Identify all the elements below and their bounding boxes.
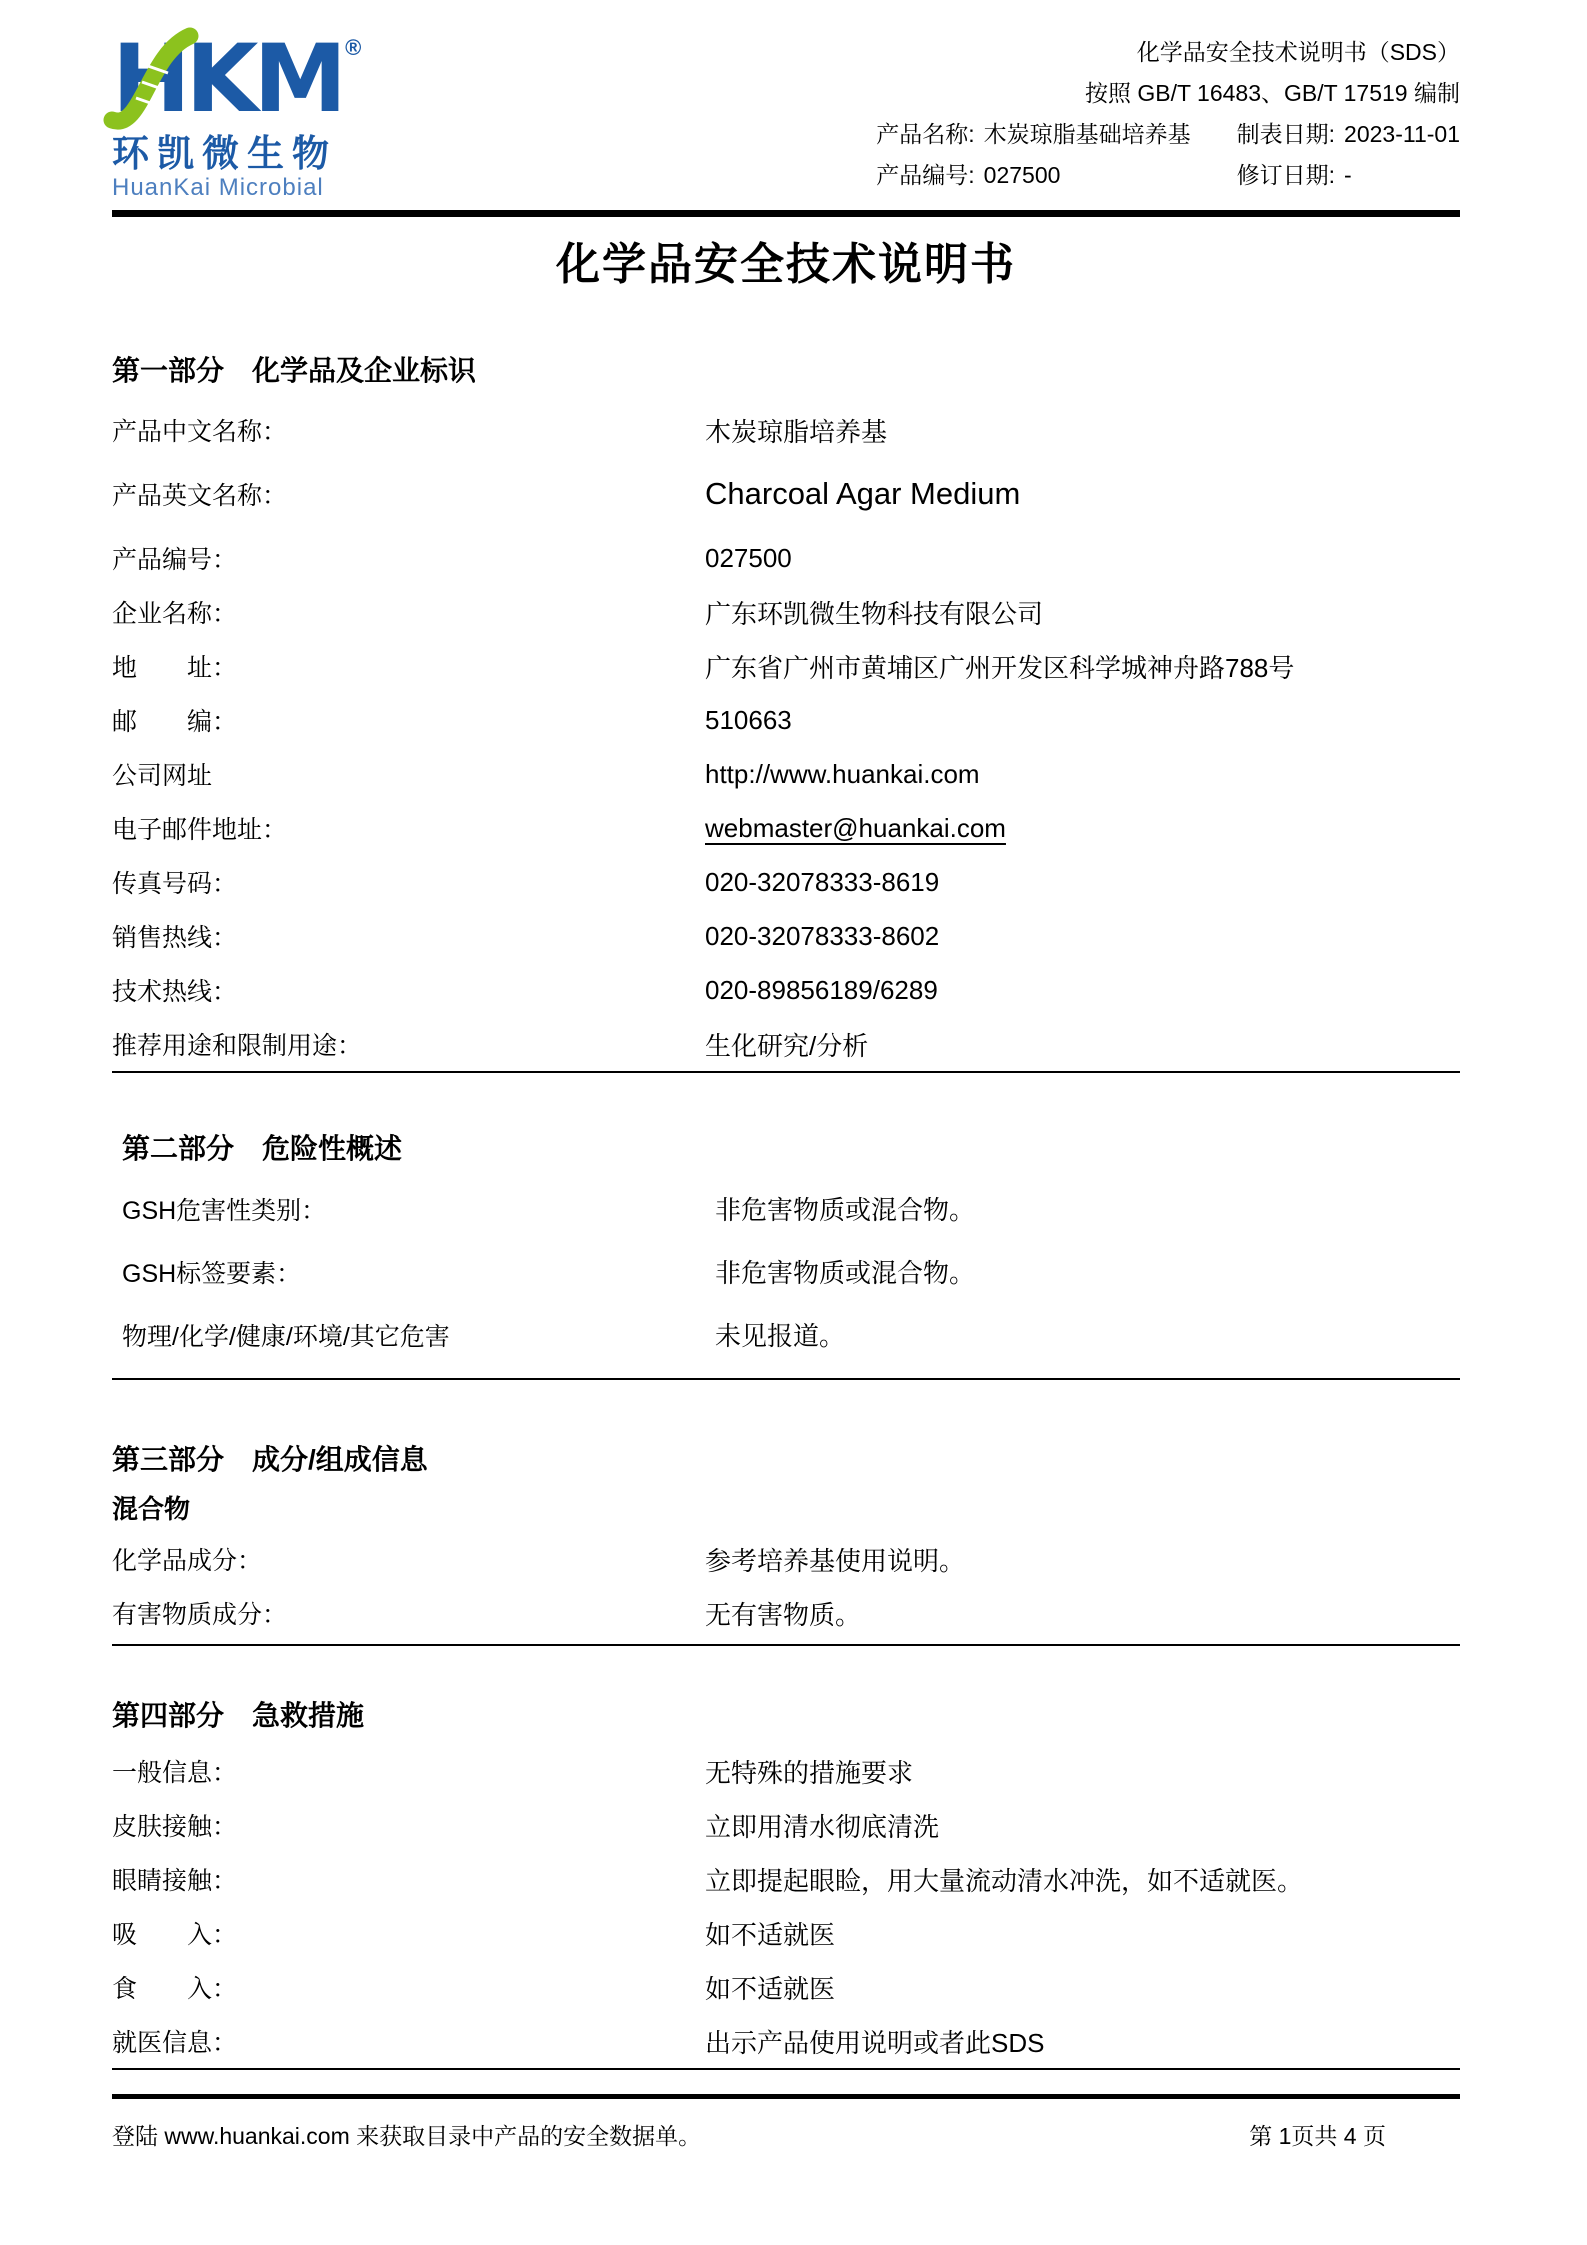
website-url: http://www.huankai.com [705, 759, 1460, 790]
section-2-heading: 第二部分 危险性概述 [112, 1131, 1460, 1167]
dna-swoosh-icon [102, 24, 214, 130]
section-hazard-overview: 第二部分 危险性概述 GSH危害性类别： 非危害物质或混合物。 GSH标签要素：… [112, 1131, 1460, 1380]
row-tech-hotline: 技术热线： 020-89856189/6289 [112, 963, 1460, 1017]
footer-text: 登陆 www.huankai.com 来获取目录中产品的安全数据单。 第 1页共… [112, 2121, 1460, 2151]
section-first-aid: 第四部分 急救措施 一般信息： 无特殊的措施要求 皮肤接触： 立即用清水彻底清洗… [112, 1698, 1460, 2070]
field-value: 无有害物质。 [705, 1595, 1460, 1632]
product-code-value: 027500 [984, 162, 1061, 188]
section-1-divider [112, 1071, 1460, 1073]
section-chemical-company-identification: 第一部分 化学品及企业标识 产品中文名称： 木炭琼脂培养基 产品英文名称： Ch… [112, 353, 1460, 1073]
field-label: 传真号码： [112, 864, 705, 900]
standard-line: 按照 GB/T 16483、GB/T 17519 编制 [876, 73, 1460, 114]
section-2-rows: GSH危害性类别： 非危害物质或混合物。 GSH标签要素： 非危害物质或混合物。… [112, 1177, 1460, 1366]
field-label: 有害物质成分： [112, 1595, 705, 1631]
row-skin-contact: 皮肤接触： 立即用清水彻底清洗 [112, 1798, 1460, 1852]
field-label: 产品英文名称： [112, 476, 705, 512]
row-medical-info: 就医信息： 出示产品使用说明或者此SDS [112, 2014, 1460, 2068]
section-1-heading: 第一部分 化学品及企业标识 [112, 353, 1460, 389]
row-chemical-components: 化学品成分： 参考培养基使用说明。 [112, 1532, 1460, 1586]
row-address: 地 址： 广东省广州市黄埔区广州开发区科学城神舟路788号 [112, 639, 1460, 693]
row-ghs-label-elements: GSH标签要素： 非危害物质或混合物。 [112, 1240, 1460, 1303]
field-label: 物理/化学/健康/环境/其它危害 [122, 1317, 705, 1353]
field-value: 未见报道。 [715, 1316, 1460, 1353]
tabulation-date-value: 2023-11-01 [1344, 121, 1460, 147]
company-logo: HKM® 环凯微生物 HuanKai Microbial [112, 28, 361, 200]
field-label: 化学品成分： [112, 1541, 705, 1577]
field-label: 就医信息： [112, 2023, 705, 2059]
doc-type-line: 化学品安全技术说明书（SDS） [876, 32, 1460, 73]
row-fax: 传真号码： 020-32078333-8619 [112, 855, 1460, 909]
section-2-divider [112, 1378, 1460, 1380]
field-value: 非危害物质或混合物。 [715, 1190, 1460, 1227]
field-value: 生化研究/分析 [705, 1026, 1460, 1063]
meta-tabulation-date: 制表日期:2023-11-01 [1237, 114, 1460, 155]
page-indicator: 第 1页共 4 页 [1249, 2121, 1386, 2151]
field-label: 一般信息： [112, 1753, 705, 1789]
field-label: 眼睛接触： [112, 1861, 705, 1897]
revision-date-label: 修订日期: [1237, 162, 1335, 188]
footer-note: 登陆 www.huankai.com 来获取目录中产品的安全数据单。 [112, 2121, 701, 2151]
field-label: GSH标签要素： [122, 1254, 705, 1290]
section-1-rows: 产品中文名称： 木炭琼脂培养基 产品英文名称： Charcoal Agar Me… [112, 403, 1460, 1071]
section-4-divider [112, 2068, 1460, 2070]
page-title: 化学品安全技术说明书 [112, 239, 1460, 291]
row-inhalation: 吸 入： 如不适就医 [112, 1906, 1460, 1960]
field-label: 邮 编： [112, 702, 705, 738]
meta-revision-date: 修订日期:- [1237, 155, 1352, 196]
section-4-rows: 一般信息： 无特殊的措施要求 皮肤接触： 立即用清水彻底清洗 眼睛接触： 立即提… [112, 1744, 1460, 2068]
sds-page: HKM® 环凯微生物 HuanKai Microbial 化学品安全技术说明书（… [0, 0, 1587, 2245]
field-value: 立即提起眼睑，用大量流动清水冲洗，如不适就医。 [705, 1861, 1460, 1898]
section-4-heading: 第四部分 急救措施 [112, 1698, 1460, 1734]
logo-mark: HKM® [112, 28, 361, 132]
field-value: 出示产品使用说明或者此SDS [705, 2023, 1460, 2060]
field-value: 如不适就医 [705, 1915, 1460, 1952]
field-value: 广东省广州市黄埔区广州开发区科学城神舟路788号 [705, 648, 1460, 685]
field-label: 皮肤接触： [112, 1807, 705, 1843]
row-postal-code: 邮 编： 510663 [112, 693, 1460, 747]
row-hazardous-components: 有害物质成分： 无有害物质。 [112, 1586, 1460, 1640]
email-link[interactable]: webmaster@huankai.com [705, 813, 1460, 844]
field-label: 产品编号： [112, 540, 705, 576]
logo-chinese-name: 环凯微生物 [112, 135, 361, 172]
field-value: 020-32078333-8602 [705, 921, 1460, 952]
field-label: 地 址： [112, 648, 705, 684]
meta-product-name: 产品名称:木炭琼脂基础培养基 [876, 114, 1190, 155]
field-value: 无特殊的措施要求 [705, 1753, 1460, 1790]
field-value: 广东环凯微生物科技有限公司 [705, 594, 1460, 631]
field-label: 产品中文名称： [112, 412, 705, 448]
field-value: 非危害物质或混合物。 [715, 1253, 1460, 1290]
field-value: 如不适就医 [705, 1969, 1460, 2006]
field-value: 020-89856189/6289 [705, 975, 1460, 1006]
mixture-subheading: 混合物 [112, 1486, 1460, 1532]
row-email: 电子邮件地址： webmaster@huankai.com [112, 801, 1460, 855]
row-eye-contact: 眼睛接触： 立即提起眼睑，用大量流动清水冲洗，如不适就医。 [112, 1852, 1460, 1906]
page-header: HKM® 环凯微生物 HuanKai Microbial 化学品安全技术说明书（… [112, 28, 1460, 200]
field-label: 公司网址 [112, 756, 705, 792]
field-value: 020-32078333-8619 [705, 867, 1460, 898]
row-product-code: 产品编号： 027500 [112, 531, 1460, 585]
row-company-name: 企业名称： 广东环凯微生物科技有限公司 [112, 585, 1460, 639]
tabulation-date-label: 制表日期: [1237, 121, 1335, 147]
field-value: 参考培养基使用说明。 [705, 1541, 1460, 1578]
row-recommended-use: 推荐用途和限制用途： 生化研究/分析 [112, 1017, 1460, 1071]
field-value: 510663 [705, 705, 1460, 736]
field-value: 木炭琼脂培养基 [705, 412, 1460, 449]
field-value: 027500 [705, 543, 1460, 574]
row-website: 公司网址 http://www.huankai.com [112, 747, 1460, 801]
field-label: GSH危害性类别： [122, 1191, 705, 1227]
product-name-label: 产品名称: [876, 121, 974, 147]
row-product-cn-name: 产品中文名称： 木炭琼脂培养基 [112, 403, 1460, 457]
row-general-info: 一般信息： 无特殊的措施要求 [112, 1744, 1460, 1798]
meta-product-code: 产品编号:027500 [876, 155, 1060, 196]
field-label: 推荐用途和限制用途： [112, 1026, 705, 1062]
field-label: 吸 入： [112, 1915, 705, 1951]
field-value: Charcoal Agar Medium [705, 476, 1460, 512]
row-ghs-hazard-class: GSH危害性类别： 非危害物质或混合物。 [112, 1177, 1460, 1240]
logo-english-name: HuanKai Microbial [112, 176, 361, 200]
field-label: 技术热线： [112, 972, 705, 1008]
page-footer: 登陆 www.huankai.com 来获取目录中产品的安全数据单。 第 1页共… [112, 2094, 1460, 2151]
row-sales-hotline: 销售热线： 020-32078333-8602 [112, 909, 1460, 963]
registered-trademark-icon: ® [345, 35, 361, 60]
product-name-value: 木炭琼脂基础培养基 [984, 121, 1191, 147]
section-3-divider [112, 1644, 1460, 1646]
meta-grid: 产品名称:木炭琼脂基础培养基 制表日期:2023-11-01 产品编号:0275… [876, 114, 1460, 196]
row-ingestion: 食 入： 如不适就医 [112, 1960, 1460, 2014]
section-3-rows: 化学品成分： 参考培养基使用说明。 有害物质成分： 无有害物质。 [112, 1532, 1460, 1640]
footer-divider [112, 2094, 1460, 2099]
row-product-en-name: 产品英文名称： Charcoal Agar Medium [112, 457, 1460, 531]
field-value: 立即用清水彻底清洗 [705, 1807, 1460, 1844]
section-composition-info: 第三部分 成分/组成信息 混合物 化学品成分： 参考培养基使用说明。 有害物质成… [112, 1442, 1460, 1646]
header-divider [112, 210, 1460, 217]
field-label: 电子邮件地址： [112, 810, 705, 846]
header-meta: 化学品安全技术说明书（SDS） 按照 GB/T 16483、GB/T 17519… [876, 28, 1460, 196]
section-3-heading: 第三部分 成分/组成信息 [112, 1442, 1460, 1478]
revision-date-value: - [1344, 162, 1352, 188]
field-label: 销售热线： [112, 918, 705, 954]
product-code-label: 产品编号: [876, 162, 974, 188]
field-label: 企业名称： [112, 594, 705, 630]
field-label: 食 入： [112, 1969, 705, 2005]
row-other-hazards: 物理/化学/健康/环境/其它危害 未见报道。 [112, 1303, 1460, 1366]
